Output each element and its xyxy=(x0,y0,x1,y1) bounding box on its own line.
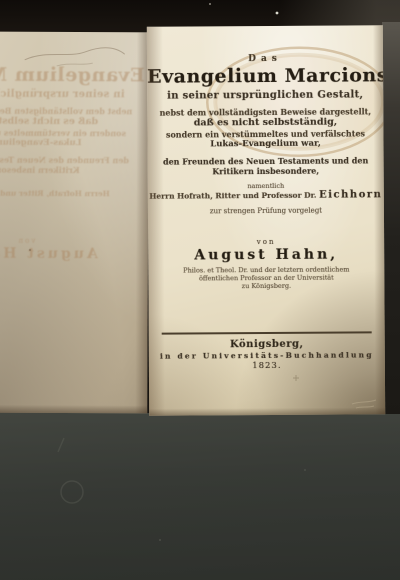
page-bottom-shadow xyxy=(0,405,147,414)
imprint-publisher: in der Universitäts-Buchhandlung xyxy=(149,350,385,360)
dedication-line: zur strengen Prüfung vorgelegt xyxy=(148,206,384,215)
showthrough-text: Evangelium Marcions in seiner ursprüngli… xyxy=(0,32,145,414)
showthrough-line: daß es nicht selbstständig, xyxy=(0,115,144,127)
showthrough-line: Herrn Hofrath, Ritter und Professor Dr. xyxy=(0,188,144,198)
table-surface xyxy=(0,413,400,580)
title-page-text: Das Evangelium Marcions in seiner ursprü… xyxy=(147,25,385,415)
showthrough-line: von xyxy=(0,236,144,245)
showthrough-line: August Hahn, xyxy=(0,245,144,262)
byline-prefix: von xyxy=(148,237,384,246)
imprint-divider xyxy=(162,331,372,334)
book-photo: Evangelium Marcions in seiner ursprüngli… xyxy=(0,0,400,580)
showthrough-line: sondern ein verstümmeltes und verfälscht… xyxy=(0,127,144,138)
page-bottom-shadow xyxy=(149,407,385,415)
author-title-line: zu Königsberg. xyxy=(148,281,384,290)
author-name: August Hahn, xyxy=(148,246,384,263)
showthrough-line: Lukas-Evangelium war, xyxy=(0,137,144,148)
showthrough-line: den Freunden des Neuen Testaments und de… xyxy=(0,154,144,165)
title-page: Das Evangelium Marcions in seiner ursprü… xyxy=(147,25,385,415)
showthrough-line: in seiner ursprünglichen Gestalt, xyxy=(0,88,145,100)
dedication-line: Kritikern insbesondere, xyxy=(148,165,384,176)
gutter-shadow xyxy=(147,27,165,416)
showthrough-main-title: Evangelium Marcions xyxy=(0,63,145,86)
subtitle-line: daß es nicht selbstständig, xyxy=(147,116,383,128)
showthrough-line: Kritikern insbesondere, xyxy=(0,164,144,175)
dedication-prefix: Herrn Hofrath, Ritter und Professor Dr. xyxy=(149,191,316,201)
imprint-year: 1823. xyxy=(149,360,385,371)
series-word: Das xyxy=(147,53,383,64)
left-page: Evangelium Marcions in seiner ursprüngli… xyxy=(0,32,149,414)
main-title: Evangelium Marcions xyxy=(147,64,383,87)
dedication-line: Herrn Hofrath, Ritter und Professor Dr. … xyxy=(148,189,384,201)
subtitle-line: in seiner ursprünglichen Gestalt, xyxy=(147,89,383,101)
imprint-city: Königsberg, xyxy=(149,338,385,350)
subtitle-line: Lukas-Evangelium war, xyxy=(148,138,384,149)
showthrough-line: nebst dem vollständigsten Beweise darges… xyxy=(0,105,145,116)
